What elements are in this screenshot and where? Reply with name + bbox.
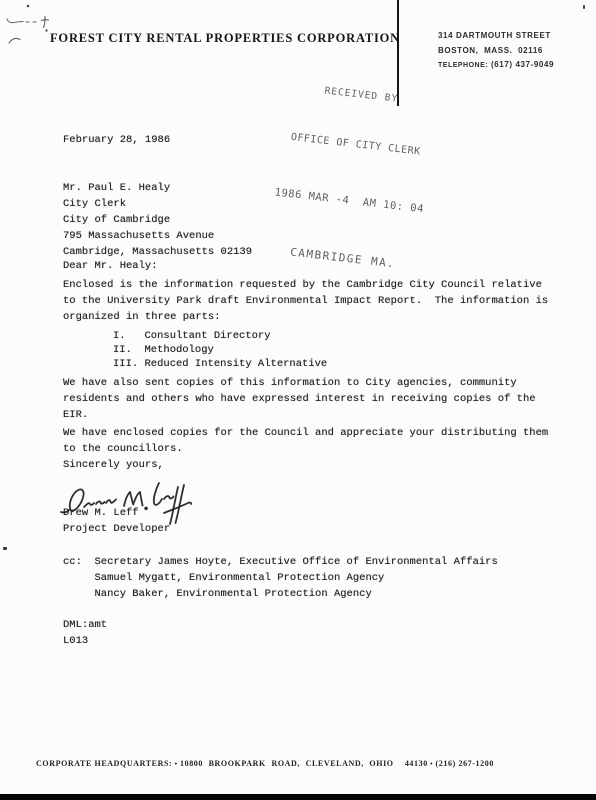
footer-label: CORPORATE HEADQUARTERS: <box>36 759 172 768</box>
company-name: FOREST CITY RENTAL PROPERTIES CORPORATIO… <box>50 31 400 46</box>
stamp-datetime: 1986 MAR -4 AM 10: 04 <box>267 186 431 217</box>
scan-bottom-bar <box>0 794 596 800</box>
signer-name-title: Drew M. Leff Project Developer <box>63 505 170 537</box>
received-stamp: RECEIVED BY OFFICE OF CITY CLERK 1986 MA… <box>256 43 447 312</box>
paragraph-3: We have enclosed copies for the Council … <box>63 425 548 457</box>
telephone-line: TELEPHONE: (617) 437-9049 <box>438 58 554 74</box>
paragraph-2: We have also sent copies of this informa… <box>63 375 536 423</box>
letter-date: February 28, 1986 <box>63 132 170 148</box>
stamp-city: CAMBRIDGE MA. <box>261 242 425 273</box>
corporate-footer: CORPORATE HEADQUARTERS: • 10800 BROOKPAR… <box>36 759 494 768</box>
street-line: 314 DARTMOUTH STREET <box>438 29 554 44</box>
letterhead-address: 314 DARTMOUTH STREET BOSTON, MASS. 02116… <box>438 29 554 74</box>
salutation: Dear Mr. Healy: <box>63 258 158 274</box>
letter-page: FOREST CITY RENTAL PROPERTIES CORPORATIO… <box>0 0 596 800</box>
telephone-number: (617) 437-9049 <box>491 60 554 69</box>
recipient-address: Mr. Paul E. Healy City Clerk City of Cam… <box>63 180 252 260</box>
footer-phone: (216) 267-1200 <box>436 759 494 768</box>
footer-bullet-icon: • <box>175 760 178 768</box>
reference-block: DML:amt L013 <box>63 617 107 649</box>
scan-speck <box>583 5 585 9</box>
city-line: BOSTON, MASS. 02116 <box>438 44 554 59</box>
cc-block: cc: Secretary James Hoyte, Executive Off… <box>63 554 498 602</box>
enclosure-list: I. Consultant Directory II. Methodology … <box>113 329 327 371</box>
footer-bullet-icon: • <box>430 760 433 768</box>
paragraph-1: Enclosed is the information requested by… <box>63 277 548 325</box>
stamp-received-by: RECEIVED BY <box>279 80 443 109</box>
stamp-office: OFFICE OF CITY CLERK <box>273 129 437 160</box>
footer-address: 10800 BROOKPARK ROAD, CLEVELAND, OHIO 44… <box>180 759 428 768</box>
scan-speck <box>3 547 7 550</box>
